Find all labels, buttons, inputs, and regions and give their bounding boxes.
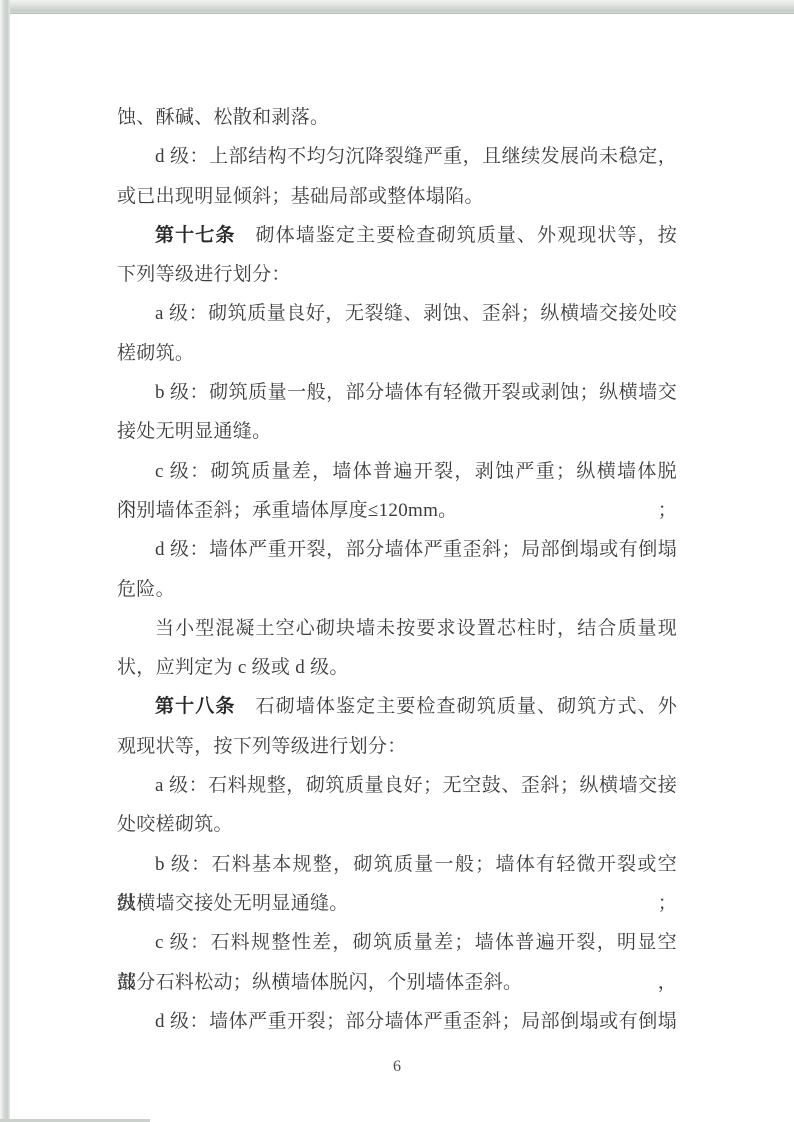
paragraph: 第十七条 砌体墙鉴定主要检查砌筑质量、外观现状等，按下列等级进行划分：: [117, 216, 677, 295]
text-line: 槎砌筑。: [117, 334, 677, 373]
text-line: 状，应判定为 c 级或 d 级。: [117, 648, 677, 687]
paragraph: d 级：墙体严重开裂；部分墙体严重歪斜；局部倒塌或有倒塌: [117, 1002, 677, 1041]
text-line: 接处无明显通缝。: [117, 412, 677, 451]
text-line: a 级：砌筑质量良好，无裂缝、剥蚀、歪斜；纵横墙交接处咬: [117, 294, 677, 333]
text-line: 观现状等，按下列等级进行划分：: [117, 727, 677, 766]
text-line: b 级：石料基本规整，砌筑质量一般；墙体有轻微开裂或空鼓；: [117, 845, 677, 884]
paragraph: 第十八条 石砌墙体鉴定主要检查砌筑质量、砌筑方式、外观现状等，按下列等级进行划分…: [117, 687, 677, 766]
text-line: a 级：石料规整，砌筑质量良好；无空鼓、歪斜；纵横墙交接: [117, 766, 677, 805]
scan-edge-left: [0, 0, 10, 1122]
text-line: 危险。: [117, 570, 677, 609]
text-line: d 级：墙体严重开裂；部分墙体严重歪斜；局部倒塌或有倒塌: [117, 1002, 677, 1041]
article-number: 第十八条: [155, 696, 235, 717]
text-line: 下列等级进行划分：: [117, 255, 677, 294]
article-number: 第十七条: [155, 225, 235, 246]
text-line: 或已出现明显倾斜；基础局部或整体塌陷。: [117, 177, 677, 216]
paragraph: d 级：墙体严重开裂，部分墙体严重歪斜；局部倒塌或有倒塌危险。: [117, 530, 677, 609]
text-line: c 级：石料规整性差，砌筑质量差；墙体普遍开裂，明显空鼓，: [117, 923, 677, 962]
text-line: 第十七条 砌体墙鉴定主要检查砌筑质量、外观现状等，按: [117, 216, 677, 255]
text-line: 第十八条 石砌墙体鉴定主要检查砌筑质量、砌筑方式、外: [117, 687, 677, 726]
paragraph: d 级：上部结构不均匀沉降裂缝严重，且继续发展尚未稳定，或已出现明显倾斜；基础局…: [117, 137, 677, 216]
paragraph: 当小型混凝土空心砌块墙未按要求设置芯柱时，结合质量现状，应判定为 c 级或 d …: [117, 609, 677, 688]
text-line: c 级：砌筑质量差，墙体普遍开裂，剥蚀严重；纵横墙体脱闪；: [117, 452, 677, 491]
paragraph: 蚀、酥碱、松散和剥落。: [117, 98, 677, 137]
paragraph: c 级：石料规整性差，砌筑质量差；墙体普遍开裂，明显空鼓，部分石料松动；纵横墙体…: [117, 923, 677, 1002]
scan-edge-top: [0, 0, 794, 14]
document-page: 蚀、酥碱、松散和剥落。d 级：上部结构不均匀沉降裂缝严重，且继续发展尚未稳定，或…: [0, 0, 794, 1122]
text-line: d 级：墙体严重开裂，部分墙体严重歪斜；局部倒塌或有倒塌: [117, 530, 677, 569]
text-block: 蚀、酥碱、松散和剥落。d 级：上部结构不均匀沉降裂缝严重，且继续发展尚未稳定，或…: [117, 98, 677, 1041]
paragraph: a 级：砌筑质量良好，无裂缝、剥蚀、歪斜；纵横墙交接处咬槎砌筑。: [117, 294, 677, 373]
text-line: 处咬槎砌筑。: [117, 805, 677, 844]
paragraph: a 级：石料规整，砌筑质量良好；无空鼓、歪斜；纵横墙交接处咬槎砌筑。: [117, 766, 677, 845]
text-line: b 级：砌筑质量一般，部分墙体有轻微开裂或剥蚀；纵横墙交: [117, 373, 677, 412]
text-line: d 级：上部结构不均匀沉降裂缝严重，且继续发展尚未稳定，: [117, 137, 677, 176]
paragraph: c 级：砌筑质量差，墙体普遍开裂，剥蚀严重；纵横墙体脱闪；个别墙体歪斜；承重墙体…: [117, 452, 677, 531]
text-line: 当小型混凝土空心砌块墙未按要求设置芯柱时，结合质量现: [117, 609, 677, 648]
page-number: 6: [0, 1054, 794, 1080]
paragraph: b 级：砌筑质量一般，部分墙体有轻微开裂或剥蚀；纵横墙交接处无明显通缝。: [117, 373, 677, 452]
text-line: 蚀、酥碱、松散和剥落。: [117, 98, 677, 137]
paragraph: b 级：石料基本规整，砌筑质量一般；墙体有轻微开裂或空鼓；纵横墙交接处无明显通缝…: [117, 845, 677, 924]
